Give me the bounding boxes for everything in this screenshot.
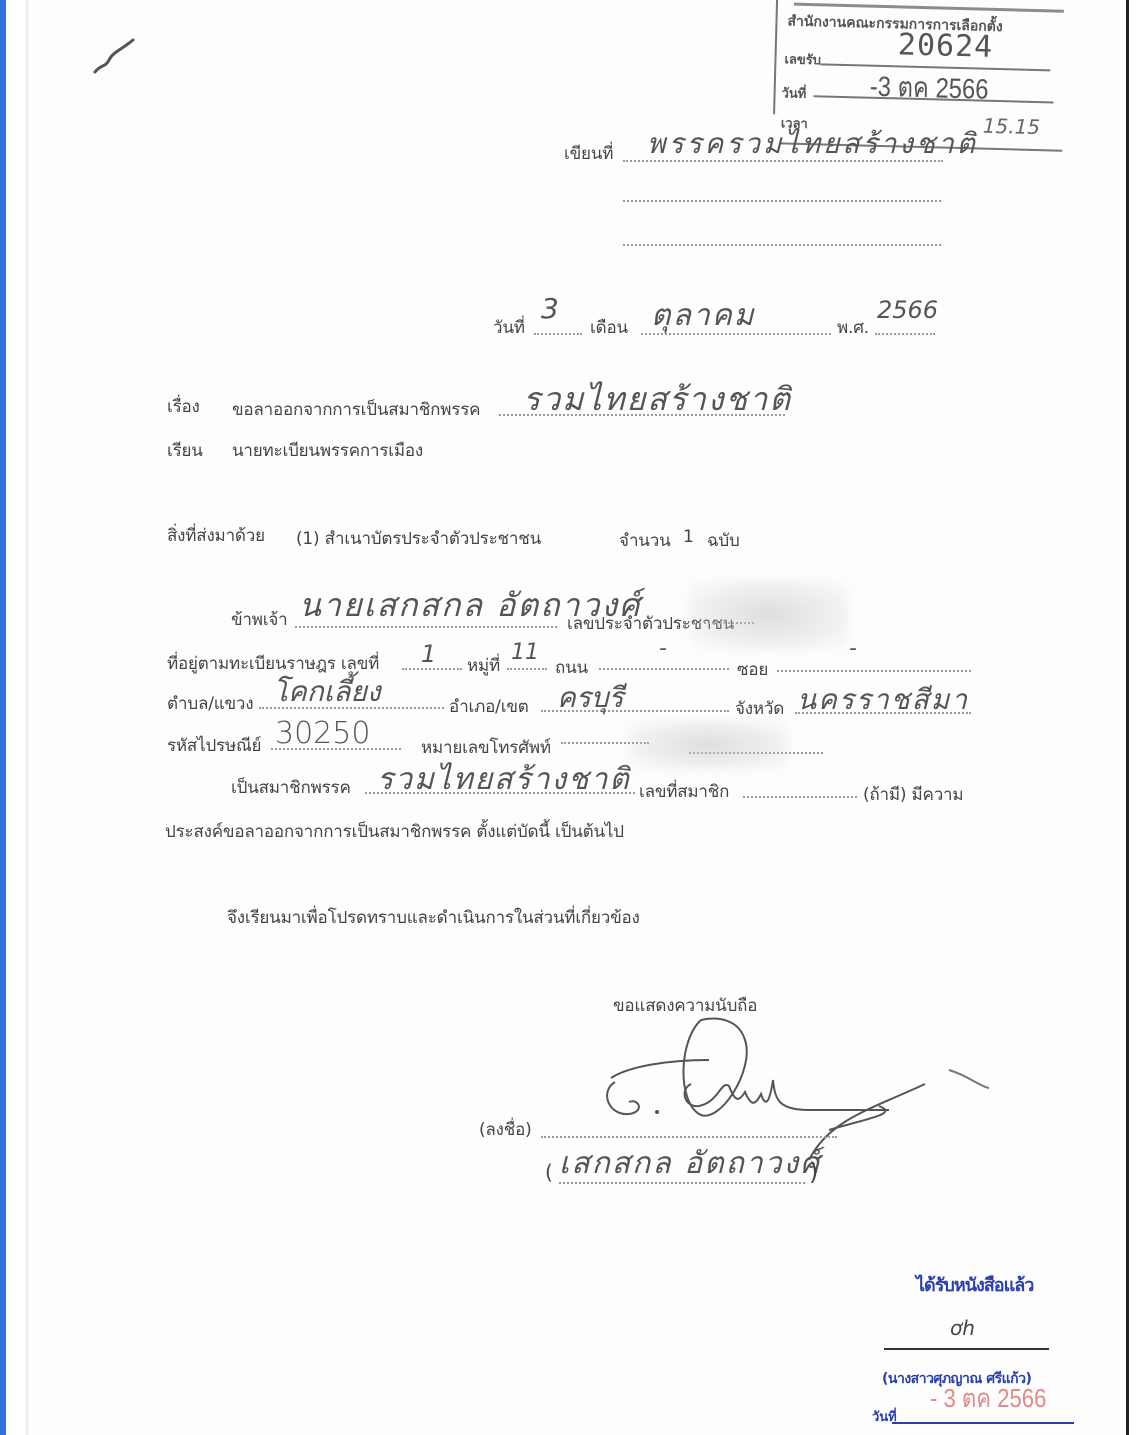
day-value: 3	[541, 292, 559, 325]
postal-label: รหัสไปรษณีย์	[167, 732, 261, 759]
day-label: วันที่	[493, 314, 525, 341]
membership-continuation: ประสงค์ขอลาออกจากการเป็นสมาชิกพรรค ตั้งแ…	[165, 818, 624, 845]
soi-label: ซอย	[737, 656, 768, 683]
membership-label: เป็นสมาชิกพรรค	[231, 774, 351, 801]
enclosure-quantity-label: จำนวน	[619, 527, 671, 554]
enclosure-item: (1) สำเนาบัตรประจำตัวประชาชน	[296, 525, 541, 552]
enclosure-label: สิ่งที่ส่งมาด้วย	[167, 522, 265, 549]
stamp-date: -3 ตค 2566	[869, 65, 989, 112]
stamp-receipt-number: 20624	[897, 27, 993, 64]
addressee-text: นายทะเบียนพรรคการเมือง	[232, 437, 423, 464]
receipt-date: - 3 ตค 2566	[930, 1378, 1046, 1419]
member-number-label: เลขที่สมาชิก	[639, 778, 729, 805]
house-number: 1	[421, 640, 436, 668]
moo-label: หมู่ที่	[467, 652, 500, 679]
printed-name: เสกสกล อัตถาวงศ์	[559, 1140, 821, 1187]
district-label: อำเภอ/เขต	[449, 693, 529, 720]
receipt-title: ได้รับหนังสือแล้ว	[916, 1270, 1033, 1299]
stamp-time: 15.15	[983, 114, 1041, 139]
province-label: จังหวัด	[735, 695, 784, 722]
stamp-receipt-label: เลขรับ	[784, 48, 821, 70]
subdistrict-value: โคกเลี้ยง	[273, 670, 381, 714]
receipt-acknowledgement: ได้รับหนังสือแล้ว ơh (นางสาวศุภญาณ ศรีแก…	[880, 1270, 1080, 1435]
redacted-phone	[629, 720, 789, 770]
addressee-label: เรียน	[167, 437, 203, 464]
subdistrict-label: ตำบล/แขวง	[167, 690, 253, 717]
month-value: ตุลาคม	[651, 292, 756, 339]
applicant-name-label: ข้าพเจ้า	[231, 606, 288, 633]
district-value: ครบุรี	[557, 676, 624, 720]
subject-label: เรื่อง	[167, 393, 200, 420]
page-border-line	[1126, 0, 1129, 1435]
window-edge	[0, 0, 6, 1435]
optional-note: (ถ้ามี) มีความ	[863, 781, 963, 808]
enclosure-quantity: 1	[683, 527, 694, 547]
enclosure-unit: ฉบับ	[707, 527, 740, 554]
written-at-label: เขียนที่	[564, 140, 613, 167]
month-label: เดือน	[590, 314, 628, 341]
road-value: -	[659, 636, 667, 661]
printed-name-open-paren: (	[545, 1160, 553, 1184]
redacted-id	[689, 580, 849, 650]
stamp-date-label: วันที่	[781, 82, 806, 104]
year-value: 2566	[877, 296, 938, 324]
signature-label: (ลงชื่อ)	[479, 1116, 532, 1143]
closing-text: จึงเรียนมาเพื่อโปรดทราบและดำเนินการในส่ว…	[227, 904, 640, 931]
scanned-document: สำนักงานคณะกรรมการการเลือกตั้ง เลขรับ 20…	[29, 0, 1126, 1435]
year-label: พ.ศ.	[837, 314, 869, 341]
moo-value: 11	[511, 640, 539, 665]
pen-mark	[93, 36, 153, 76]
membership-party: รวมไทยสร้างชาติ	[377, 756, 631, 803]
soi-value: -	[849, 636, 857, 661]
postal-code: 30250	[275, 716, 370, 751]
printed-name-close-paren: )	[809, 1158, 818, 1186]
subject-party: รวมไทยสร้างชาติ	[523, 374, 792, 425]
written-at-value: พรรครวมไทยสร้างชาติ	[647, 122, 978, 166]
province-value: นครราชสีมา	[797, 678, 969, 722]
receipt-officer-signature: ơh	[950, 1316, 975, 1340]
subject-text: ขอลาออกจากการเป็นสมาชิกพรรค	[232, 396, 480, 423]
